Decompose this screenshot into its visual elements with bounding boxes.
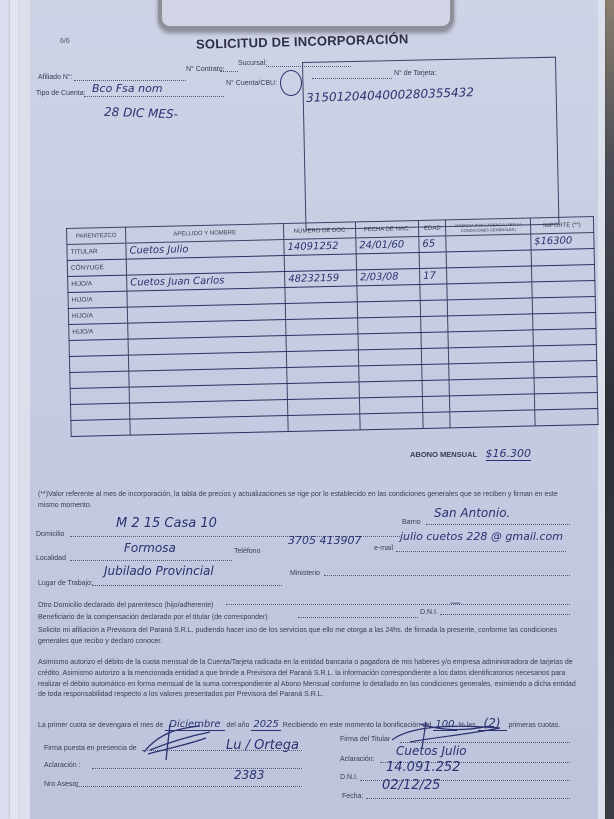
cell-fecha[interactable]: 24/01/60 [356,236,420,253]
sucursal-label: Sucursal: [238,60,267,67]
contrato-field[interactable] [220,71,238,72]
page-number: 6/6 [60,38,70,45]
cell-parentesco: HIJO/A [68,307,127,324]
cell-vigencia[interactable] [449,378,534,396]
cell-parentesco [69,355,128,372]
presencia-label: Firma puesta en presencia de [44,745,137,752]
lugar-trabajo-label: Lugar de Trabajo: [38,580,93,587]
firma-titular-label: Firma del Titular [340,736,390,743]
cell-fecha[interactable] [356,252,420,269]
handwritten-note: 28 DIC MES- [104,105,178,122]
cell-fecha[interactable] [358,364,422,381]
form-title: SOLICITUD DE INCORPORACIÓN [196,31,409,52]
ministerio-field[interactable] [324,575,570,576]
barrio-label: Barrio [402,519,421,526]
cell-parentesco: HIJO/A [68,275,127,292]
tipo-cuenta-field[interactable] [84,96,224,97]
beneficiario-label: Beneficiario de la compensación declarad… [38,614,268,621]
cell-importe[interactable] [533,344,597,361]
asesor-label: Nro Asesor [44,781,79,788]
asesor-field[interactable] [76,786,302,787]
cell-edad[interactable] [420,284,448,301]
email-value: julio cuetos 228 @ gmail.com [400,530,563,543]
col-doc: NÚMERO DE DOC [284,222,356,240]
col-importe: IMPORTE (**) [530,217,594,234]
cell-parentesco [71,419,130,436]
cell-vigencia[interactable] [449,362,534,380]
members-table: PARENTEZCO APELLIDO Y NOMBRE NÚMERO DE D… [66,216,599,437]
col-edad: EDAD [418,220,446,237]
lugar-trabajo-value: Jubilado Provincial [104,564,214,578]
cell-importe[interactable]: $16300 [530,233,594,250]
cell-fecha[interactable] [357,300,421,317]
tipo-cuenta-value: Bco Fsa nom [92,82,163,95]
cuenta-cbu-label: N° Cuenta/CBU: [226,80,277,87]
cell-doc[interactable] [284,254,356,272]
cell-edad[interactable] [422,364,450,381]
contrato-label: N° Contrato: [186,66,225,73]
cell-edad[interactable] [419,252,447,269]
cell-vigencia[interactable] [447,250,532,268]
cell-edad[interactable] [421,316,449,333]
aclaracion-left-label: Aclaración : [44,762,81,769]
terms-paragraph-1: Solicito mi afiliación a Previsora del P… [38,626,578,648]
cell-fecha[interactable] [358,332,422,349]
tipo-cuenta-label: Tipo de Cuenta: [36,90,86,97]
barrio-field[interactable] [426,524,570,525]
cell-importe[interactable] [531,265,595,282]
beneficiario-field[interactable] [298,617,418,618]
cell-vigencia[interactable] [448,298,533,316]
titular-signature [390,720,510,744]
abono-mensual: ABONO MENSUAL $16.300 [410,444,531,462]
otro-domicilio-field[interactable] [226,604,570,605]
cell-fecha[interactable]: 2/03/08 [356,268,420,285]
cell-fecha[interactable] [357,316,421,333]
terms-paragraph-2: Asimismo autorizo el débito de la cuota … [38,658,578,701]
abono-value[interactable]: $16.300 [486,447,532,461]
advisor-signature [140,722,220,746]
dni-beneficiario-field[interactable] [440,614,570,615]
telefono-value[interactable]: 3705 413907 [288,534,361,547]
col-vigencia: VIGENCIA POR CARENCIA (VER LA CONDICIONE… [446,218,531,236]
cell-doc[interactable] [288,398,360,416]
cell-edad[interactable] [421,348,449,365]
cell-parentesco [70,387,129,404]
cell-vigencia[interactable] [450,410,535,428]
localidad-value: Formosa [124,541,176,555]
cell-doc[interactable] [285,302,357,320]
col-parentesco: PARENTEZCO [67,227,126,244]
cbu-box [302,57,559,230]
cell-doc[interactable] [285,286,357,304]
domicilio-label: Domicilio [36,531,64,538]
cell-edad[interactable]: 65 [419,236,447,253]
fecha-value: 02/12/25 [382,778,440,793]
cell-edad[interactable] [423,412,451,429]
first-quota-year[interactable]: 2025 [251,719,280,731]
email-field[interactable] [396,551,566,552]
cell-vigencia[interactable] [447,282,532,300]
dni-beneficiario-value: — [450,596,461,609]
telefono-label: Teléfono [234,548,260,555]
cell-parentesco: TITULAR [67,243,126,260]
cell-vigencia[interactable] [448,330,533,348]
cell-edad[interactable] [422,380,450,397]
fecha-field[interactable] [366,798,570,799]
cell-fecha[interactable] [359,396,423,413]
localidad-label: Localidad [36,555,66,562]
dni-titular-value: 14.091.252 [386,760,460,775]
cell-fecha[interactable] [359,380,423,397]
cell-vigencia[interactable] [449,346,534,364]
cell-importe[interactable] [532,313,596,330]
cell-parentesco: HIJO/A [68,291,127,308]
form-page: 6/6 SOLICITUD DE INCORPORACIÓN Sucursal:… [30,0,598,819]
aclaracion-left-field[interactable] [92,768,302,769]
cell-parentesco [71,403,130,420]
lugar-trabajo-field[interactable] [92,585,282,586]
abono-label: ABONO MENSUAL [410,450,477,459]
cell-importe[interactable] [532,297,596,314]
cell-fecha[interactable] [357,284,421,301]
cell-importe[interactable] [532,281,596,298]
ministerio-label: Ministerio [290,570,320,577]
cell-parentesco: CÓNYUGE [67,259,126,276]
cell-importe[interactable] [534,376,598,393]
bonus-suffix: primeras cuotas. [508,722,560,729]
barrio-value: San Antonio. [434,506,510,520]
localidad-field[interactable] [70,560,232,561]
cell-doc[interactable] [287,382,359,400]
aclaracion-right-label: Aclaración: [340,756,375,763]
cell-parentesco [70,371,129,388]
dni-titular-label: D.N.I. [340,774,358,781]
cell-doc[interactable]: 14091252 [284,238,356,256]
fecha-label: Fecha: [342,793,363,800]
asesor-value: 2383 [234,768,265,782]
otro-domicilio-label: Otro Domicilio declarado del parentesco … [38,602,213,609]
cell-edad[interactable]: 17 [420,268,448,285]
cell-vigencia[interactable] [446,234,531,252]
first-quota-year-label: del año [226,722,249,729]
cell-importe[interactable] [534,408,598,425]
aclaracion-right-value: Cuetos Julio [396,744,467,758]
cell-importe[interactable] [533,329,597,346]
cell-vigencia[interactable] [447,266,532,284]
advisor-handwritten-name: Lu / Ortega [226,738,299,753]
cell-doc[interactable] [287,366,359,384]
cell-importe[interactable] [531,249,595,266]
afiliado-field[interactable] [74,80,186,81]
cell-fecha[interactable] [360,412,424,429]
cell-doc[interactable]: 48232159 [285,270,357,288]
cell-edad[interactable] [420,300,448,317]
cell-importe[interactable] [534,392,598,409]
cell-vigencia[interactable] [448,314,533,332]
email-label: e-mail [374,545,393,552]
cell-vigencia[interactable] [450,394,535,412]
col-fecha: FECHA DE NAC. [355,221,419,238]
domicilio-value: M 2 15 Casa 10 [116,516,217,531]
cell-parentesco [69,339,128,356]
cell-edad[interactable] [422,396,450,413]
cell-nombre[interactable] [130,416,288,436]
cell-doc[interactable] [286,334,358,352]
cell-doc[interactable] [288,414,360,432]
cell-parentesco: HIJO/A [69,323,128,340]
cell-edad[interactable] [421,332,449,349]
cell-doc[interactable] [286,350,358,368]
dni-beneficiario-label: D.N.I. [420,609,438,616]
cbu-circle-mark [280,70,302,96]
cell-fecha[interactable] [358,348,422,365]
cell-doc[interactable] [286,318,358,336]
clipboard-clip-icon [158,0,454,30]
afiliado-label: Afiliado N°: [38,74,73,81]
cell-importe[interactable] [533,360,597,377]
